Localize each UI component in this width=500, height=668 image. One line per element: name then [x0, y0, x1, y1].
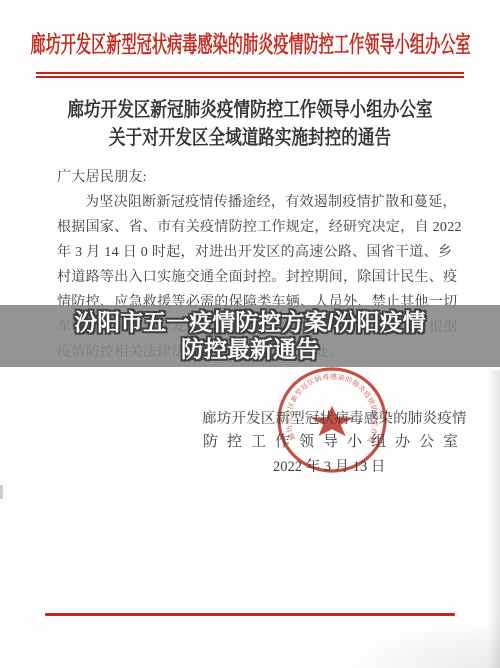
doc-title-line1: 廊坊开发区新冠肺炎疫情防控工作领导小组办公室 [67, 93, 432, 122]
caption-line1: 汾阳市五一疫情防控方案/汾阳疫情 [74, 309, 425, 336]
doc-title-line2-wrap: 关于对开发区全域道路实施封控的通告 [0, 121, 500, 150]
letterhead-double-rule [36, 72, 464, 78]
notice-photo-page: 廊坊开发区新型冠状病毒感染的肺炎疫情防控工作领导小组办公室 廊坊开发区新冠肺炎疫… [0, 0, 500, 668]
rule-bottom [36, 76, 464, 78]
doc-title-line2: 关于对开发区全域道路实施封控的通告 [109, 121, 391, 150]
letterhead-banner: 廊坊开发区新型冠状病毒感染的肺炎疫情防控工作领导小组办公室 [0, 27, 500, 57]
doc-title-line1-wrap: 廊坊开发区新冠肺炎疫情防控工作领导小组办公室 [0, 93, 500, 122]
footer-rule [45, 613, 455, 616]
body-line: 年 3 月 14 日 0 时起，对进出开发区的高速公路、国省干道、乡 [57, 240, 457, 265]
body-line: 村道路等出入口实施交通全面封控。封控期间，除国计民生、疫 [57, 265, 457, 290]
caption-overlay-band: 汾阳市五一疫情防控方案/汾阳疫情 防控最新通告 [0, 305, 500, 367]
photo-edge-mark [0, 485, 3, 499]
body-line: 根据国家、省、市有关疫情防控工作规定，经研究决定，自 2022 [57, 215, 457, 240]
letterhead-banner-text: 廊坊开发区新型冠状病毒感染的肺炎疫情防控工作领导小组办公室 [30, 26, 470, 59]
signature-date: 2022 年 3 月 13 日 [273, 455, 385, 476]
caption-line2: 防控最新通告 [181, 336, 319, 363]
body-line: 为坚决阻断新冠疫情传播途经，有效遏制疫情扩散和蔓延， [57, 190, 457, 215]
signature-line1: 廊坊开发区新型冠状病毒感染的肺炎疫情 [202, 407, 468, 428]
body-salutation: 广大居民朋友: [57, 165, 457, 190]
signature-line2: 防控工作领导小组办公室 [203, 430, 469, 451]
photo-shadow-corner [340, 618, 500, 668]
